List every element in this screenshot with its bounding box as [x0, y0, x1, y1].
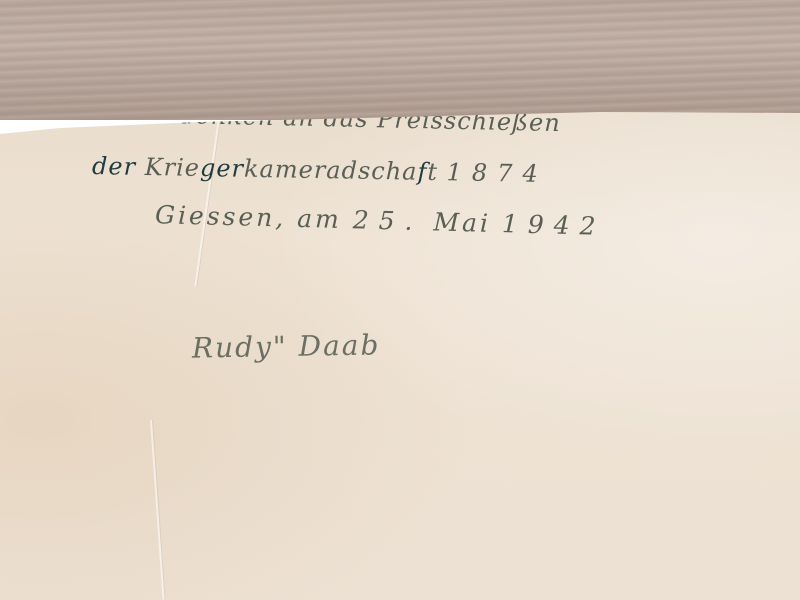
- inscription-founding-year: 1874: [446, 158, 548, 188]
- inscription-month: Mai: [433, 207, 491, 237]
- paper-crease: [150, 420, 165, 600]
- inscription-year: 1942: [502, 209, 606, 241]
- inscription-line-2: der Kriegerkameradschaft 1874: [92, 152, 548, 188]
- word-part: Krie: [144, 153, 200, 182]
- signature: Rudy" Daab: [192, 328, 381, 364]
- word-part: t: [427, 158, 438, 186]
- word-part: ger: [200, 154, 245, 183]
- inscription-day: 25.: [352, 205, 423, 236]
- inscription-word-kriegerkameradschaft: Kriegerkameradschaft: [144, 153, 438, 186]
- inscription-word-der: der: [92, 152, 137, 181]
- word-part: kameradscha: [244, 155, 418, 186]
- inscription-place: Giessen, am: [155, 200, 343, 234]
- inscription-line-3: Giessen, am 25. Mai 1942: [155, 200, 606, 241]
- wooden-table-surface: [0, 0, 800, 120]
